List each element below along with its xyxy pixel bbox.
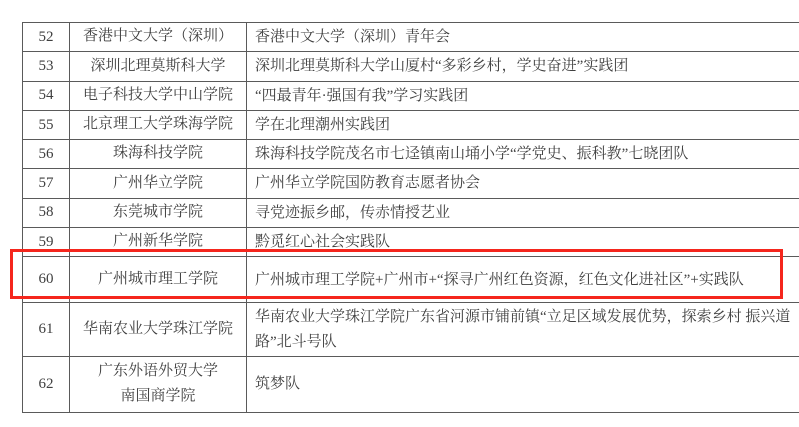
row-number-cell: 60	[23, 257, 70, 303]
team-cell: 广州城市理工学院+广州市+“探寻广州红色资源，红色文化进社区”+实践队	[247, 257, 799, 303]
college-cell: 深圳北理莫斯科大学	[70, 52, 247, 81]
table-row: 53 深圳北理莫斯科大学 深圳北理莫斯科大学山厦村“多彩乡村，学史奋进”实践团	[23, 52, 799, 81]
row-number-cell: 62	[23, 356, 70, 412]
row-number-cell: 53	[23, 52, 70, 81]
team-cell: 黔觅红心社会实践队	[247, 228, 799, 257]
team-cell: 香港中文大学（深圳）青年会	[247, 23, 799, 52]
table-row: 56 珠海科技学院 珠海科技学院茂名市七迳镇南山埇小学“学党史、振科教”七晓团队	[23, 140, 799, 169]
row-number-cell: 55	[23, 110, 70, 139]
college-cell: 东莞城市学院	[70, 198, 247, 227]
table-row: 62 广东外语外贸大学 南国商学院 筑梦队	[23, 356, 799, 412]
college-cell: 广州新华学院	[70, 228, 247, 257]
row-number-cell: 58	[23, 198, 70, 227]
team-cell: 华南农业大学珠江学院广东省河源市铺前镇“立足区域发展优势，探索乡村 振兴道路”北…	[247, 303, 799, 357]
team-cell: 学在北理潮州实践团	[247, 110, 799, 139]
row-number-cell: 52	[23, 23, 70, 52]
row-number-cell: 57	[23, 169, 70, 198]
team-cell: 广州华立学院国防教育志愿者协会	[247, 169, 799, 198]
table-row: 57 广州华立学院 广州华立学院国防教育志愿者协会	[23, 169, 799, 198]
college-cell: 香港中文大学（深圳）	[70, 23, 247, 52]
team-cell: 深圳北理莫斯科大学山厦村“多彩乡村，学史奋进”实践团	[247, 52, 799, 81]
college-cell: 广东外语外贸大学 南国商学院	[70, 356, 247, 412]
roster-table: 52 香港中文大学（深圳） 香港中文大学（深圳）青年会 53 深圳北理莫斯科大学…	[22, 22, 799, 413]
table-row: 54 电子科技大学中山学院 “四最青年·强国有我”学习实践团	[23, 81, 799, 110]
document-page: 52 香港中文大学（深圳） 香港中文大学（深圳）青年会 53 深圳北理莫斯科大学…	[0, 0, 799, 427]
table-row: 55 北京理工大学珠海学院 学在北理潮州实践团	[23, 110, 799, 139]
table-row: 59 广州新华学院 黔觅红心社会实践队	[23, 228, 799, 257]
college-cell: 广州华立学院	[70, 169, 247, 198]
team-cell: 珠海科技学院茂名市七迳镇南山埇小学“学党史、振科教”七晓团队	[247, 140, 799, 169]
college-cell: 珠海科技学院	[70, 140, 247, 169]
team-cell: “四最青年·强国有我”学习实践团	[247, 81, 799, 110]
college-cell: 北京理工大学珠海学院	[70, 110, 247, 139]
row-number-cell: 61	[23, 303, 70, 357]
team-cell: 筑梦队	[247, 356, 799, 412]
college-cell: 华南农业大学珠江学院	[70, 303, 247, 357]
table-row: 61 华南农业大学珠江学院 华南农业大学珠江学院广东省河源市铺前镇“立足区域发展…	[23, 303, 799, 357]
table-row: 58 东莞城市学院 寻党迹振乡邮，传赤情授艺业	[23, 198, 799, 227]
college-cell: 电子科技大学中山学院	[70, 81, 247, 110]
row-number-cell: 56	[23, 140, 70, 169]
table-row: 52 香港中文大学（深圳） 香港中文大学（深圳）青年会	[23, 23, 799, 52]
row-number-cell: 54	[23, 81, 70, 110]
college-cell: 广州城市理工学院	[70, 257, 247, 303]
row-number-cell: 59	[23, 228, 70, 257]
table-row-highlighted: 60 广州城市理工学院 广州城市理工学院+广州市+“探寻广州红色资源，红色文化进…	[23, 257, 799, 303]
team-cell: 寻党迹振乡邮，传赤情授艺业	[247, 198, 799, 227]
